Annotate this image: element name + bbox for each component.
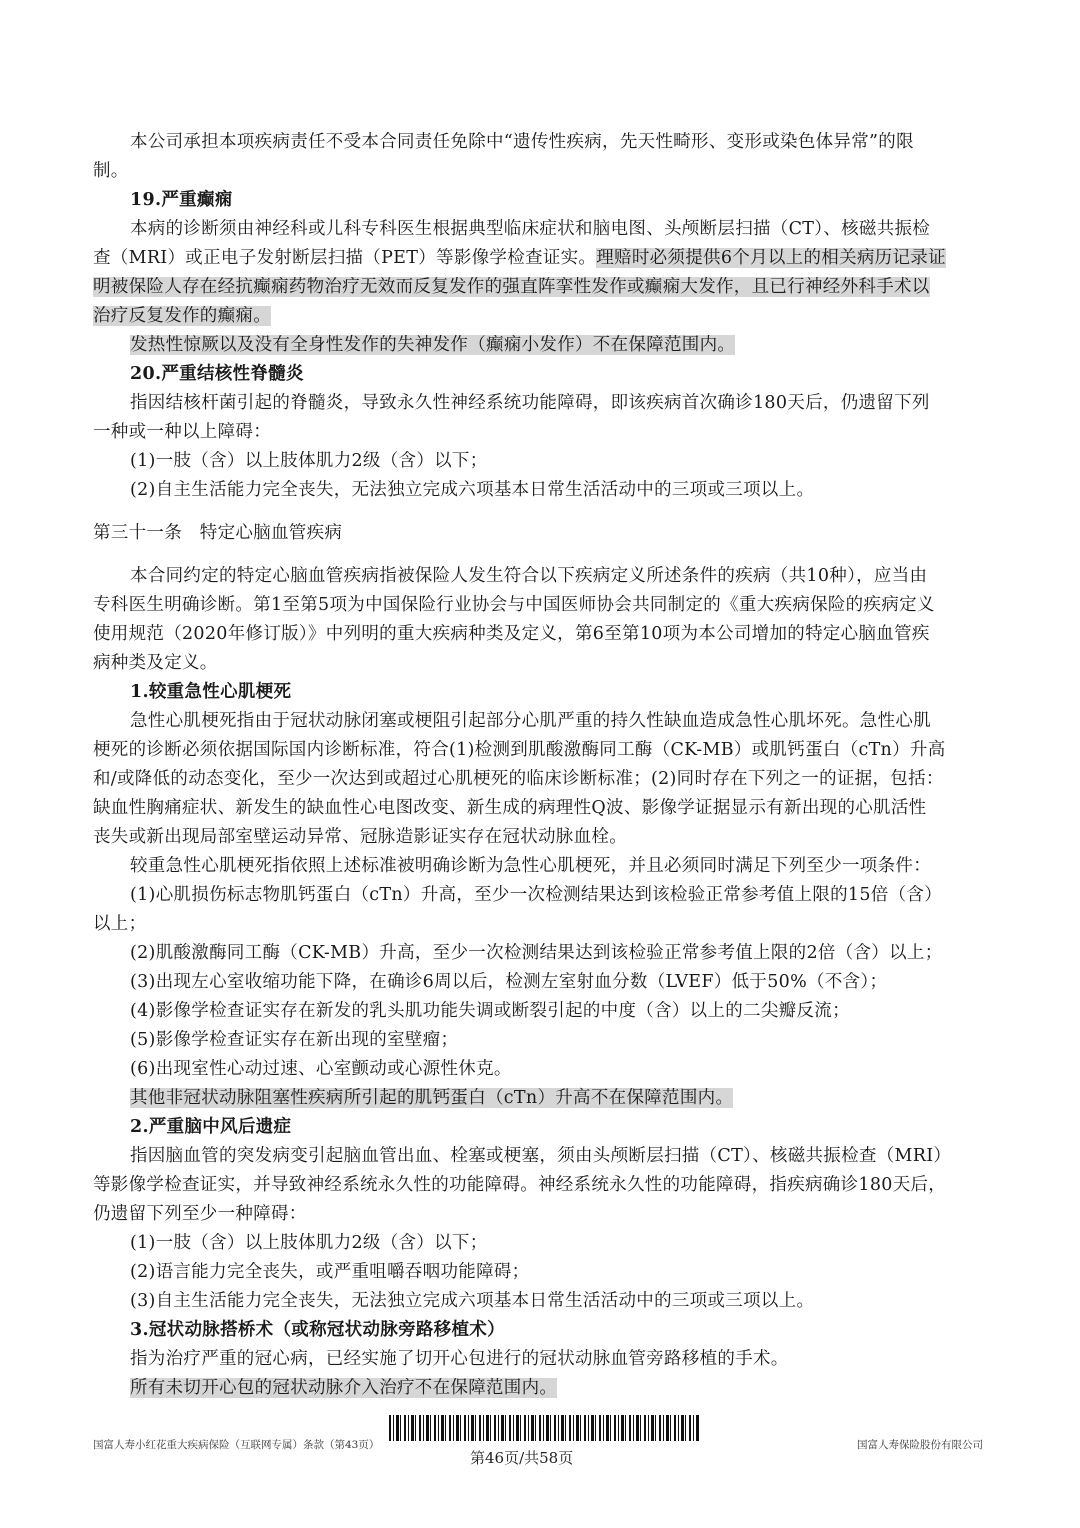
text-line: 以上；	[93, 910, 990, 939]
line-text: 缺血性胸痛症状、新发生的缺血性心电图改变、新生成的病理性Q波、影像学证据显示有新…	[93, 798, 926, 818]
text-line: 发热性惊厥以及没有全身性发作的失神发作（癫痫小发作）不在保障范围内。	[93, 331, 990, 360]
highlighted-text: 理赔时必须提供6个月以上的相关病历记录证	[596, 248, 946, 268]
line-text: 19.严重癫痫	[130, 190, 233, 210]
text-line: 所有未切开心包的冠状动脉介入治疗不在保障范围内。	[93, 1374, 990, 1403]
text-line: (1)一肢（含）以上肢体肌力2级（含）以下；	[93, 447, 990, 476]
text-line: 较重急性心肌梗死指依照上述标准被明确诊断为急性心肌梗死，并且必须同时满足下列至少…	[93, 852, 990, 881]
document-page: 本公司承担本项疾病责任不受本合同责任免除中“遗传性疾病，先天性畸形、变形或染色体…	[93, 128, 990, 1403]
highlighted-text: 其他非冠状动脉阻塞性疾病所引起的肌钙蛋白（cTn）升高不在保障范围内。	[130, 1088, 733, 1108]
line-text: 以上；	[93, 914, 146, 934]
text-line: 使用规范（2020年修订版）》中列明的重大疾病种类及定义，第6至第10项为本公司…	[93, 620, 990, 649]
item-heading: 19.严重癫痫	[93, 186, 990, 215]
text-line: 等影像学检查证实，并导致神经系统永久性的功能障碍。神经系统永久性的功能障碍，指疾…	[93, 1171, 990, 1200]
line-text: (1)一肢（含）以上肢体肌力2级（含）以下；	[130, 1233, 488, 1253]
clause-block-2: 本合同约定的特定心脑血管疾病指被保险人发生符合以下疾病定义所述条件的疾病（共10…	[93, 562, 990, 1403]
line-text: 本公司承担本项疾病责任不受本合同责任免除中“遗传性疾病，先天性畸形、变形或染色体…	[130, 132, 914, 152]
line-text: 丧失或新出现局部室壁运动异常、冠脉造影证实存在冠状动脉血栓。	[93, 827, 627, 847]
text-line: 本公司承担本项疾病责任不受本合同责任免除中“遗传性疾病，先天性畸形、变形或染色体…	[93, 128, 990, 157]
barcode	[389, 1415, 699, 1441]
highlighted-text: 明被保险人存在经抗癫痫药物治疗无效而反复发作的强直阵挛性发作或癫痫大发作，且已行…	[93, 277, 930, 297]
item-heading: 20.严重结核性脊髓炎	[93, 360, 990, 389]
text-line: 本病的诊断须由神经科或儿科专科医生根据典型临床症状和脑电图、头颅断层扫描（CT）…	[93, 215, 990, 244]
line-text: 20.严重结核性脊髓炎	[130, 364, 304, 384]
highlighted-text: 发热性惊厥以及没有全身性发作的失神发作（癫痫小发作）不在保障范围内。	[130, 335, 735, 355]
line-text: 指因脑血管的突发病变引起脑血管出血、栓塞或梗塞，须由头颅断层扫描（CT）、核磁共…	[130, 1146, 951, 1166]
line-text: 一种或一种以上障碍：	[93, 422, 271, 442]
text-line: 其他非冠状动脉阻塞性疾病所引起的肌钙蛋白（cTn）升高不在保障范围内。	[93, 1084, 990, 1113]
item-heading: 2.严重脑中风后遗症	[93, 1113, 990, 1142]
page-number: 第46页/共58页	[470, 1447, 573, 1468]
line-text: (3)自主生活能力完全丧失，无法独立完成六项基本日常生活活动中的三项或三项以上。	[130, 1291, 814, 1311]
line-text: (3)出现左心室收缩功能下降，在确诊6周以后，检测左室射血分数（LVEF）低于5…	[130, 972, 887, 992]
text-line: 指为治疗严重的冠心病，已经实施了切开心包进行的冠状动脉血管旁路移植的手术。	[93, 1345, 990, 1374]
text-line: (5)影像学检查证实存在新出现的室壁瘤；	[93, 1026, 990, 1055]
line-text: (2)肌酸激酶同工酶（CK-MB）升高，至少一次检测结果达到该检验正常参考值上限…	[130, 943, 943, 963]
clause-block-1: 本公司承担本项疾病责任不受本合同责任免除中“遗传性疾病，先天性畸形、变形或染色体…	[93, 128, 990, 505]
text-line: 明被保险人存在经抗癫痫药物治疗无效而反复发作的强直阵挛性发作或癫痫大发作，且已行…	[93, 273, 990, 302]
line-text: 急性心肌梗死指由于冠状动脉闭塞或梗阻引起部分心肌严重的持久性缺血造成急性心肌坏死…	[130, 711, 931, 731]
line-text: 和/或降低的动态变化，至少一次达到或超过心肌梗死的临床诊断标准；(2)同时存在下…	[93, 769, 944, 789]
text-line: 制。	[93, 157, 990, 186]
line-text: 本病的诊断须由神经科或儿科专科医生根据典型临床症状和脑电图、头颅断层扫描（CT）…	[130, 219, 930, 239]
text-line: 指因脑血管的突发病变引起脑血管出血、栓塞或梗塞，须由头颅断层扫描（CT）、核磁共…	[93, 1142, 990, 1171]
line-text: 3.冠状动脉搭桥术（或称冠状动脉旁路移植术）	[130, 1320, 505, 1340]
text-line: (1)一肢（含）以上肢体肌力2级（含）以下；	[93, 1229, 990, 1258]
text-line: 梗死的诊断必须依据国际国内诊断标准，符合(1)检测到肌酸激酶同工酶（CK-MB）…	[93, 736, 990, 765]
line-text: (1)一肢（含）以上肢体肌力2级（含）以下；	[130, 451, 488, 471]
line-text: (5)影像学检查证实存在新出现的室壁瘤；	[130, 1030, 458, 1050]
text-line: 治疗反复发作的癫痫。	[93, 302, 990, 331]
line-text: (1)心肌损伤标志物肌钙蛋白（cTn）升高，至少一次检测结果达到该检验正常参考值…	[130, 885, 942, 905]
line-text: (4)影像学检查证实存在新发的乳头肌功能失调或断裂引起的中度（含）以上的二尖瓣反…	[130, 1001, 850, 1021]
line-text: 制。	[93, 161, 129, 181]
line-text: 指为治疗严重的冠心病，已经实施了切开心包进行的冠状动脉血管旁路移植的手术。	[130, 1349, 789, 1369]
line-text: 梗死的诊断必须依据国际国内诊断标准，符合(1)检测到肌酸激酶同工酶（CK-MB）…	[93, 740, 946, 760]
text-line: (3)出现左心室收缩功能下降，在确诊6周以后，检测左室射血分数（LVEF）低于5…	[93, 968, 990, 997]
text-line: 缺血性胸痛症状、新发生的缺血性心电图改变、新生成的病理性Q波、影像学证据显示有新…	[93, 794, 990, 823]
text-line: 急性心肌梗死指由于冠状动脉闭塞或梗阻引起部分心肌严重的持久性缺血造成急性心肌坏死…	[93, 707, 990, 736]
text-line: (2)肌酸激酶同工酶（CK-MB）升高，至少一次检测结果达到该检验正常参考值上限…	[93, 939, 990, 968]
line-text: 指因结核杆菌引起的脊髓炎，导致永久性神经系统功能障碍，即该疾病首次确诊180天后…	[130, 393, 930, 413]
item-heading: 1.较重急性心肌梗死	[93, 678, 990, 707]
line-text: 查（MRI）或正电子发射断层扫描（PET）等影像学检查证实。	[93, 248, 596, 268]
text-line: 病种类及定义。	[93, 649, 990, 678]
text-line: 仍遗留下列至少一种障碍：	[93, 1200, 990, 1229]
highlighted-text: 治疗反复发作的癫痫。	[93, 306, 271, 326]
line-text: 2.严重脑中风后遗症	[130, 1117, 291, 1137]
line-text: (2)自主生活能力完全丧失，无法独立完成六项基本日常生活活动中的三项或三项以上。	[130, 480, 814, 500]
text-line: (1)心肌损伤标志物肌钙蛋白（cTn）升高，至少一次检测结果达到该检验正常参考值…	[93, 881, 990, 910]
line-text: 病种类及定义。	[93, 653, 218, 673]
section-title: 第三十一条 特定心脑血管疾病	[93, 519, 990, 548]
text-line: 一种或一种以上障碍：	[93, 418, 990, 447]
text-line: 本合同约定的特定心脑血管疾病指被保险人发生符合以下疾病定义所述条件的疾病（共10…	[93, 562, 990, 591]
text-line: (4)影像学检查证实存在新发的乳头肌功能失调或断裂引起的中度（含）以上的二尖瓣反…	[93, 997, 990, 1026]
text-line: 专科医生明确诊断。第1至第5项为中国保险行业协会与中国医师协会共同制定的《重大疾…	[93, 591, 990, 620]
text-line: 和/或降低的动态变化，至少一次达到或超过心肌梗死的临床诊断标准；(2)同时存在下…	[93, 765, 990, 794]
line-text: 使用规范（2020年修订版）》中列明的重大疾病种类及定义，第6至第10项为本公司…	[93, 624, 930, 644]
highlighted-text: 所有未切开心包的冠状动脉介入治疗不在保障范围内。	[130, 1378, 557, 1398]
text-line: (3)自主生活能力完全丧失，无法独立完成六项基本日常生活活动中的三项或三项以上。	[93, 1287, 990, 1316]
text-line: (6)出现室性心动过速、心室颤动或心源性休克。	[93, 1055, 990, 1084]
footer-company-name: 国富人寿保险股份有限公司	[857, 1437, 983, 1452]
line-text: 本合同约定的特定心脑血管疾病指被保险人发生符合以下疾病定义所述条件的疾病（共10…	[130, 566, 927, 586]
line-text: 1.较重急性心肌梗死	[130, 682, 291, 702]
text-line: 查（MRI）或正电子发射断层扫描（PET）等影像学检查证实。理赔时必须提供6个月…	[93, 244, 990, 273]
text-line: 丧失或新出现局部室壁运动异常、冠脉造影证实存在冠状动脉血栓。	[93, 823, 990, 852]
line-text: (2)语言能力完全丧失，或严重咀嚼吞咽功能障碍；	[130, 1262, 530, 1282]
item-heading: 3.冠状动脉搭桥术（或称冠状动脉旁路移植术）	[93, 1316, 990, 1345]
line-text: 较重急性心肌梗死指依照上述标准被明确诊断为急性心肌梗死，并且必须同时满足下列至少…	[130, 856, 931, 876]
footer-document-name: 国富人寿小红花重大疾病保险（互联网专属）条款（第43页）	[93, 1437, 379, 1452]
text-line: (2)自主生活能力完全丧失，无法独立完成六项基本日常生活活动中的三项或三项以上。	[93, 476, 990, 505]
line-text: 等影像学检查证实，并导致神经系统永久性的功能障碍。神经系统永久性的功能障碍，指疾…	[93, 1175, 946, 1195]
line-text: (6)出现室性心动过速、心室颤动或心源性休克。	[130, 1059, 512, 1079]
line-text: 专科医生明确诊断。第1至第5项为中国保险行业协会与中国医师协会共同制定的《重大疾…	[93, 595, 935, 615]
line-text: 仍遗留下列至少一种障碍：	[93, 1204, 307, 1224]
text-line: 指因结核杆菌引起的脊髓炎，导致永久性神经系统功能障碍，即该疾病首次确诊180天后…	[93, 389, 990, 418]
text-line: (2)语言能力完全丧失，或严重咀嚼吞咽功能障碍；	[93, 1258, 990, 1287]
